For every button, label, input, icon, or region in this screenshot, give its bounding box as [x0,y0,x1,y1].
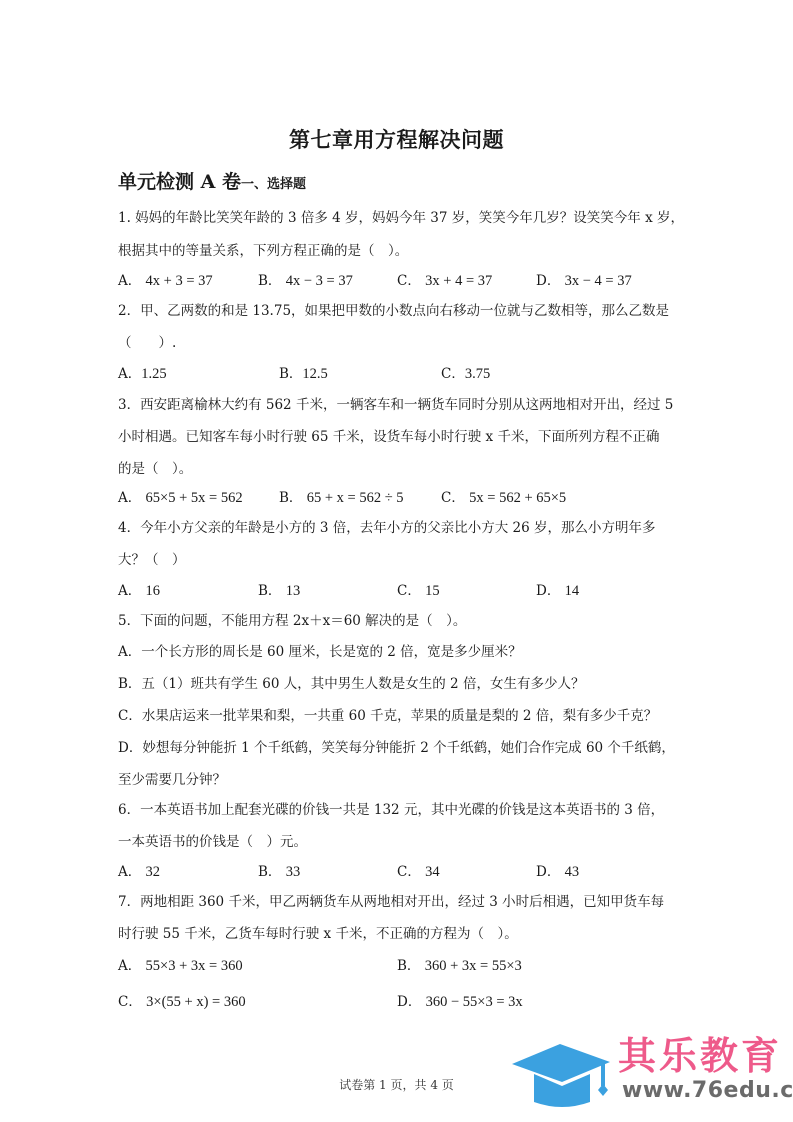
option-a: A． 16 [118,582,160,600]
watermark-url: www.76edu.com [622,1078,793,1104]
graduation-cap-icon [510,1036,615,1108]
option-b: B． 65 + x = 562 ÷ 5 [279,489,404,507]
option-b: B． 33 [258,863,300,881]
option-c: C．水果店运来一批苹果和梨，一共重 60 千克，苹果的质量是梨的 2 倍，梨有多… [118,707,657,725]
question-text: 大？（ ） [118,551,186,569]
question-text: 4．今年小方父亲的年龄是小方的 3 倍，去年小方的父亲比小方大 26 岁，那么小… [118,519,656,537]
option-c: C． 3×(55 + x) = 360 [118,993,246,1011]
question-text: 时行驶 55 千米，乙货车每时行驶 x 千米，不正确的方程为（ ）。 [118,925,518,943]
option-b: B．五（1）班共有学生 60 人，其中男生人数是女生的 2 倍，女生有多少人？ [118,675,584,693]
option-d: D． 14 [536,582,579,600]
section-heading: 单元检测 A 卷一、选择题 [118,167,306,194]
option-a: A． 4x + 3 = 37 [118,272,213,290]
question-text: 小时相遇。已知客车每小时行驶 65 千米，设货车每小时行驶 x 千米，下面所列方… [118,428,659,446]
question-text: 2．甲、乙两数的和是 13.75，如果把甲数的小数点向右移动一位就与乙数相等，那… [118,302,669,320]
question-text: 3．西安距离榆林大约有 562 千米，一辆客车和一辆货车同时分别从这两地相对开出… [118,396,673,414]
question-text: 7．两地相距 360 千米，甲乙两辆货车从两地相对开出，经过 3 小时后相遇，已… [118,893,664,911]
option-b: B．12.5 [279,365,328,383]
option-a: A． 55×3 + 3x = 360 [118,957,243,975]
option-a: A． 32 [118,863,160,881]
question-text: 一本英语书的价钱是（ ）元。 [118,833,307,851]
option-c: C． 3x + 4 = 37 [397,272,492,290]
option-d: D． 43 [536,863,579,881]
option-a: A．1.25 [118,365,167,383]
option-c: C．3.75 [441,365,490,383]
option-d: D．妙想每分钟能折 1 个千纸鹤，笑笑每分钟能折 2 个千纸鹤，她们合作完成 6… [118,739,675,757]
question-text: （ ）. [118,334,176,352]
section-heading-main: 单元检测 A 卷 [118,171,241,193]
option-b: B． 360 + 3x = 55×3 [397,957,522,975]
question-text: 5．下面的问题，不能用方程 2x＋x＝60 解决的是（ ）。 [118,612,466,630]
option-c: C． 5x = 562 + 65×5 [441,489,566,507]
option-a: A．一个长方形的周长是 60 厘米，长是宽的 2 倍，宽是多少厘米？ [118,643,522,661]
option-a: A． 65×5 + 5x = 562 [118,489,243,507]
watermark-logo: 其乐教育 www.76edu.com [510,1030,790,1110]
option-d-continuation: 至少需要几分钟？ [118,771,226,789]
option-d: D． 3x − 4 = 37 [536,272,632,290]
question-text: 的是（ ）。 [118,460,192,478]
option-b: B． 4x − 3 = 37 [258,272,353,290]
question-text: 1. 妈妈的年龄比笑笑年龄的 3 倍多 4 岁，妈妈今年 37 岁，笑笑今年几岁… [118,209,684,227]
section-subheading: 一、选择题 [241,177,306,192]
question-text: 根据其中的等量关系，下列方程正确的是（ ）。 [118,242,408,260]
watermark-brand-name: 其乐教育 [618,1034,782,1078]
option-c: C． 34 [397,863,440,881]
question-text: 6．一本英语书加上配套光碟的价钱一共是 132 元，其中光碟的价钱是这本英语书的… [118,801,664,819]
page-title: 第七章用方程解决问题 [0,124,793,154]
option-c: C． 15 [397,582,440,600]
option-d: D． 360 − 55×3 = 3x [397,993,523,1011]
option-b: B． 13 [258,582,300,600]
